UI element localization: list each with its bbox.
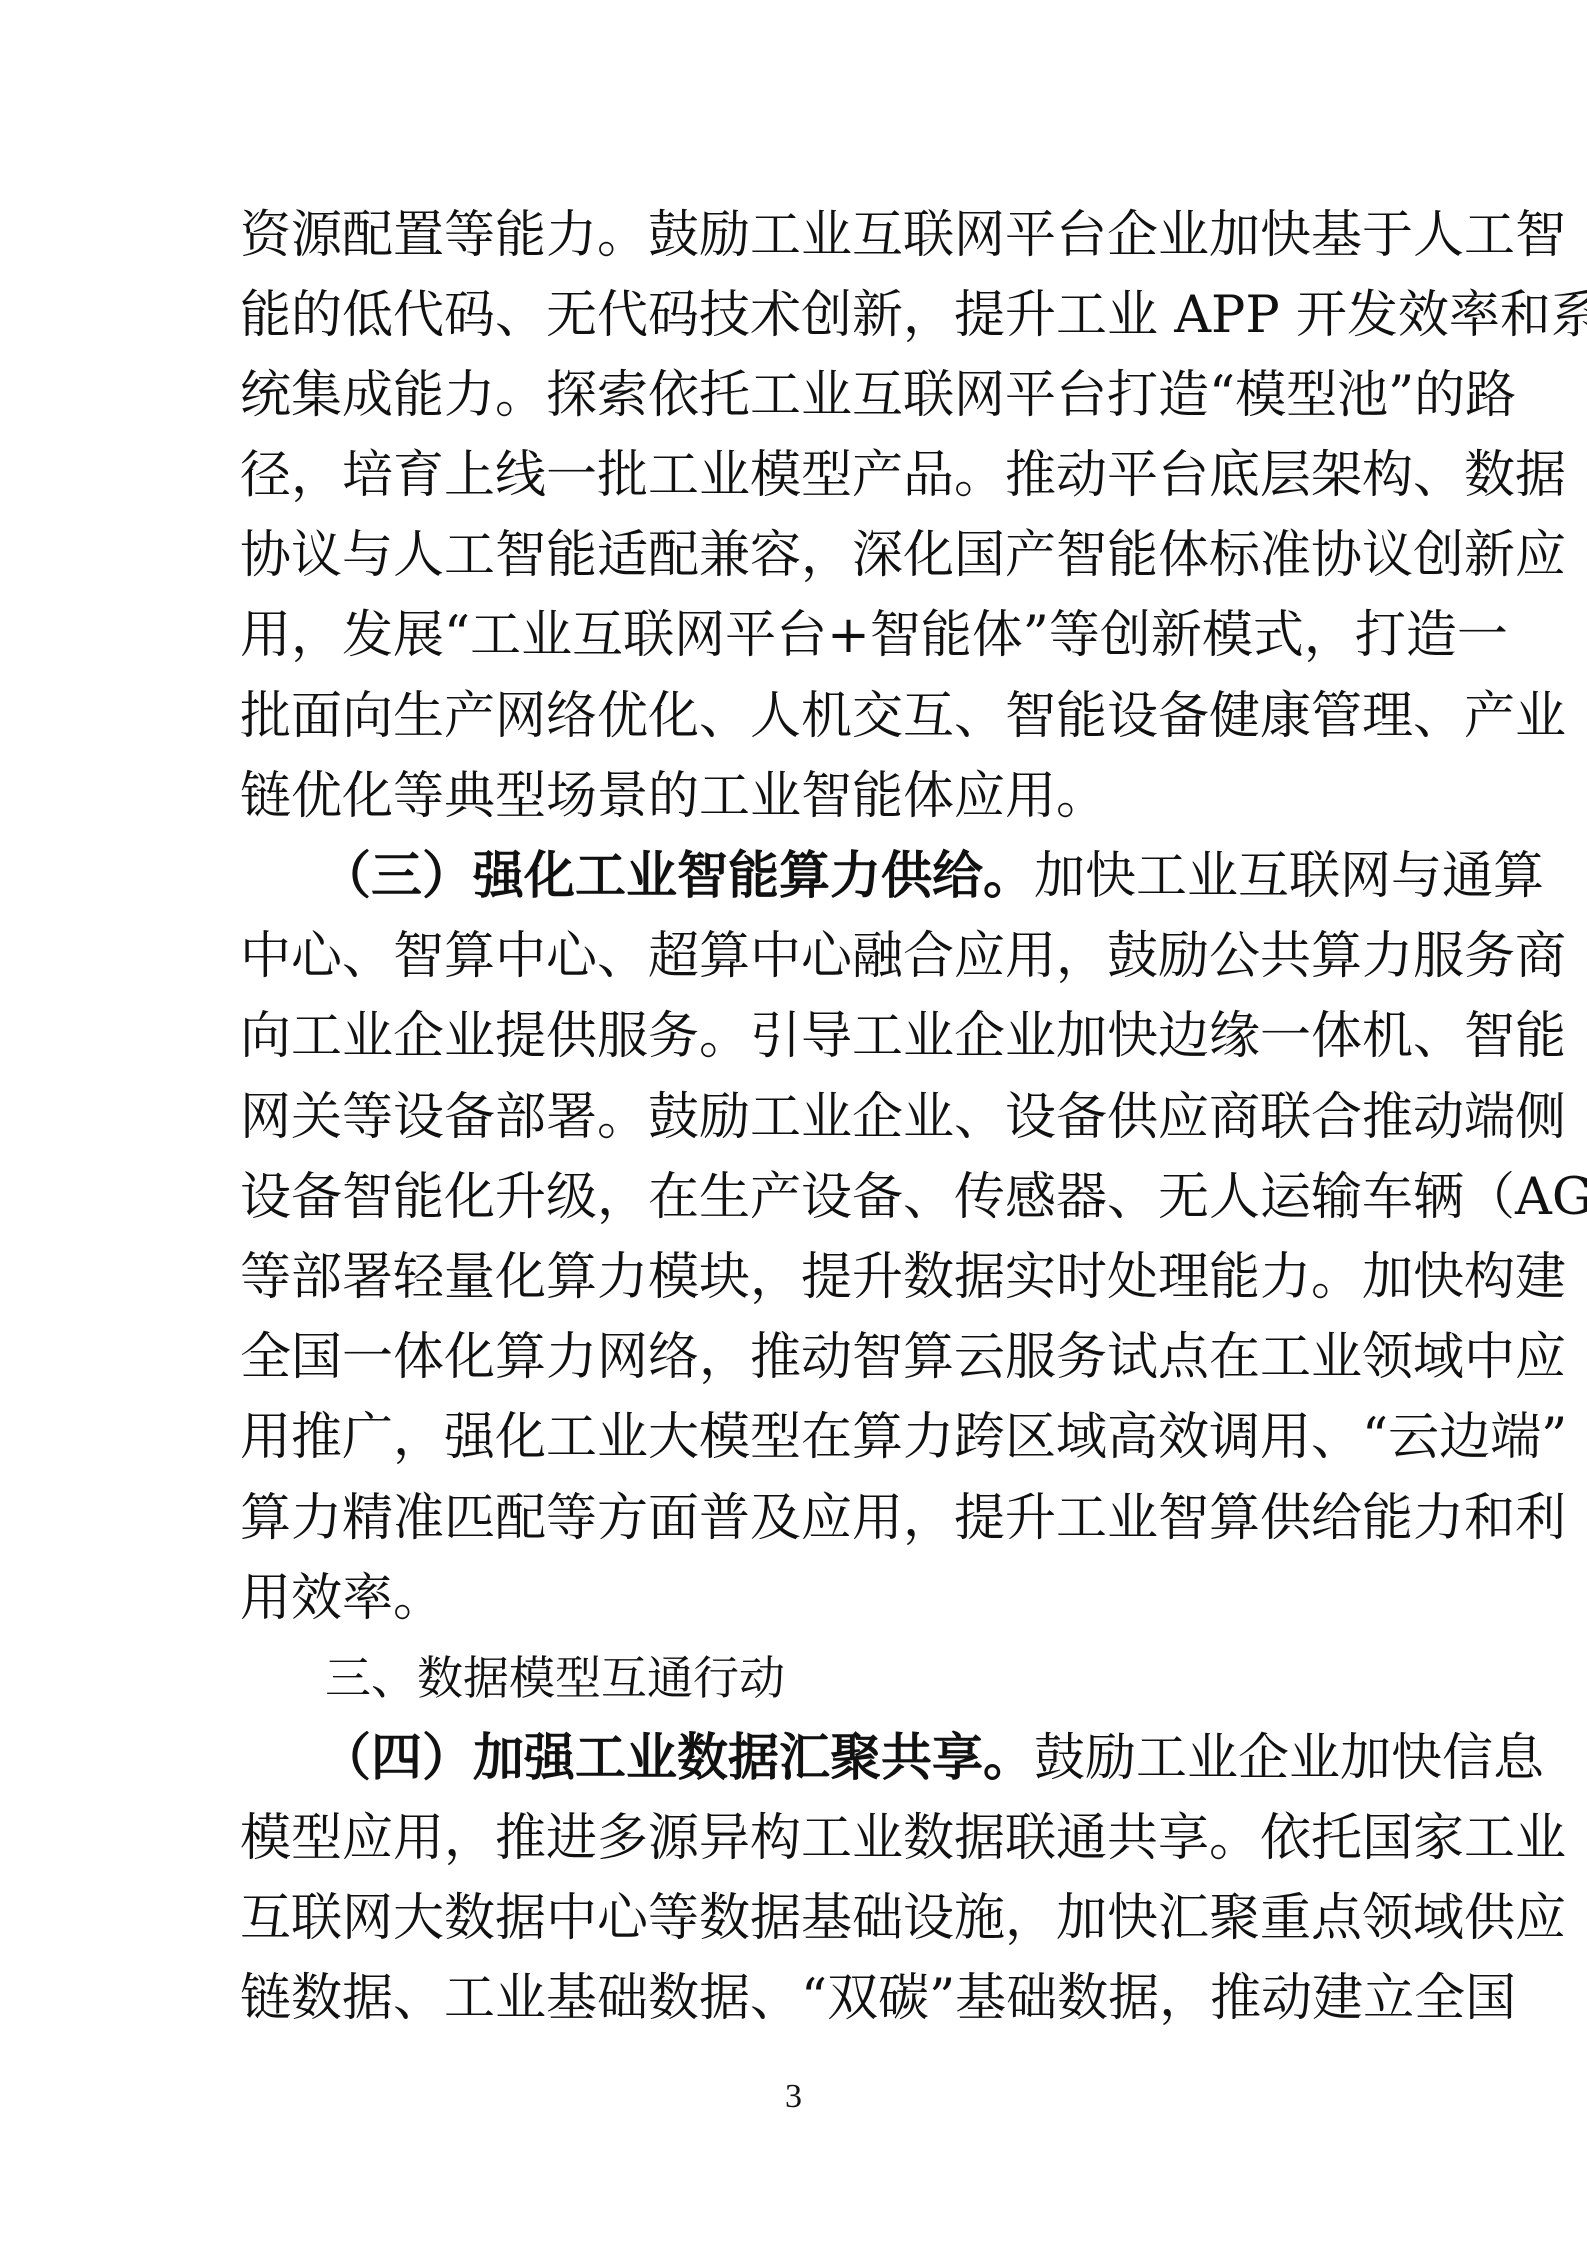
item-4-first-line: （四）加强工业数据汇聚共享。鼓励工业企业加快信息 <box>320 1729 1346 1789</box>
paragraph-line: 统集成能力。探索依托工业互联网平台打造“模型池”的路 <box>240 366 1346 426</box>
paragraph-line: 中心、智算中心、超算中心融合应用，鼓励公共算力服务商 <box>240 927 1346 987</box>
section-heading: 三、数据模型互通行动 <box>325 1648 785 1708</box>
paragraph-line: 能的低代码、无代码技术创新，提升工业 APP 开发效率和系 <box>240 286 1346 346</box>
item-3-title: （三）强化工业智能算力供给。 <box>320 847 1034 906</box>
paragraph-line: 链数据、工业基础数据、“双碳”基础数据，推动建立全国 <box>240 1969 1346 2029</box>
paragraph-line: 网关等设备部署。鼓励工业企业、设备供应商联合推动端侧 <box>240 1088 1346 1148</box>
page-number: 3 <box>0 2075 1587 2119</box>
paragraph-line: 算力精准匹配等方面普及应用，提升工业智算供给能力和利 <box>240 1489 1346 1549</box>
paragraph-line: 用效率。 <box>240 1569 1346 1629</box>
paragraph-line: 模型应用，推进多源异构工业数据联通共享。依托国家工业 <box>240 1809 1346 1869</box>
paragraph-line: 等部署轻量化算力模块，提升数据实时处理能力。加快构建 <box>240 1248 1346 1308</box>
paragraph-line: 互联网大数据中心等数据基础设施，加快汇聚重点领域供应 <box>240 1889 1346 1949</box>
paragraph-line: 向工业企业提供服务。引导工业企业加快边缘一体机、智能 <box>240 1007 1346 1067</box>
item-3-first-line: （三）强化工业智能算力供给。加快工业互联网与通算 <box>320 847 1346 907</box>
paragraph-line: 用推广，强化工业大模型在算力跨区域高效调用、“云边端” <box>240 1408 1346 1468</box>
item-4-title: （四）加强工业数据汇聚共享。 <box>320 1729 1034 1788</box>
paragraph-line: 径，培育上线一批工业模型产品。推动平台底层架构、数据 <box>240 446 1346 506</box>
paragraph-line: 用，发展“工业互联网平台+智能体”等创新模式，打造一 <box>240 606 1346 666</box>
paragraph-line: 资源配置等能力。鼓励工业互联网平台企业加快基于人工智 <box>240 206 1346 266</box>
item-4-text: 鼓励工业企业加快信息 <box>1034 1729 1544 1788</box>
paragraph-line: 设备智能化升级，在生产设备、传感器、无人运输车辆（AGV） <box>240 1168 1346 1228</box>
paragraph-line: 批面向生产网络优化、人机交互、智能设备健康管理、产业 <box>240 687 1346 747</box>
paragraph-line: 链优化等典型场景的工业智能体应用。 <box>240 767 1346 827</box>
paragraph-line: 全国一体化算力网络，推动智算云服务试点在工业领域中应 <box>240 1328 1346 1388</box>
paragraph-line: 协议与人工智能适配兼容，深化国产智能体标准协议创新应 <box>240 526 1346 586</box>
document-page: 资源配置等能力。鼓励工业互联网平台企业加快基于人工智 能的低代码、无代码技术创新… <box>0 0 1587 2245</box>
item-3-text: 加快工业互联网与通算 <box>1034 847 1544 906</box>
